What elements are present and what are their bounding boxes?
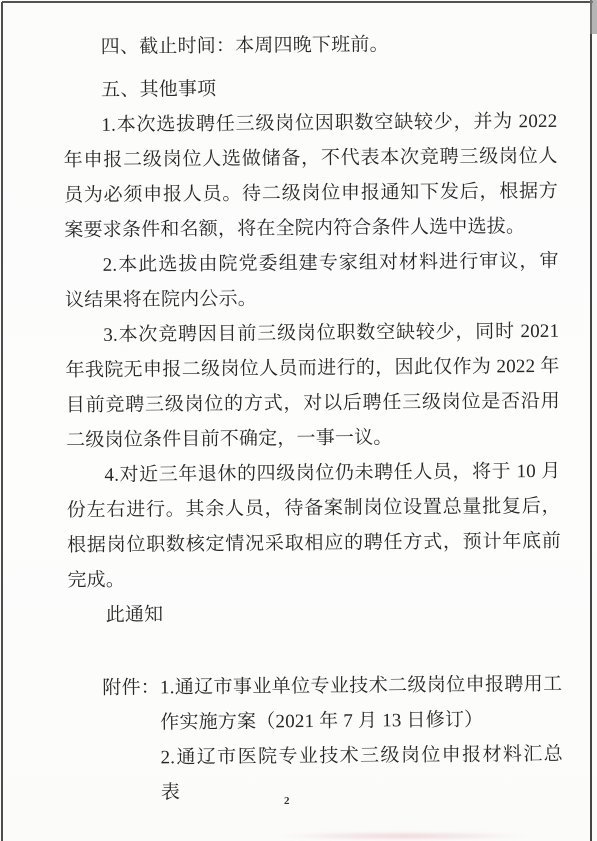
scan-edge-top xyxy=(2,1,593,3)
closing-line: 此通知 xyxy=(68,594,562,633)
attachment-item-2-line-2: 表 xyxy=(161,772,564,811)
attachment-item-1-line-2: 作实施方案（2021 年 7 月 13 日修订） xyxy=(160,702,563,741)
body-paragraph-3: 3.本次竞聘因目前三级岗位职数空缺较少，同时 2021 年我院无申报二级岗位人员… xyxy=(65,314,560,458)
scan-edge-right xyxy=(590,0,592,841)
section-heading-deadline: 四、截止时间：本周四晚下班前。 xyxy=(63,26,557,65)
body-paragraph-4: 4.对近三年退休的四级岗位仍未聘任人员，将于 10 月份左右进行。其余人员，待备… xyxy=(66,454,561,598)
scan-pink-smudge xyxy=(278,832,528,840)
attachment-item-2-line-1: 2.通辽市医院专业技术三级岗位申报材料汇总 xyxy=(160,737,563,776)
attachments-label: 附件： xyxy=(102,670,161,810)
body-paragraph-2: 2.本此选拔由院党委组建专家组对材料进行审议，审议结果将在院内公示。 xyxy=(65,244,560,318)
scanned-document-page: 四、截止时间：本周四晚下班前。 五、其他事项 1.本次选拔聘任三级岗位因职数空缺… xyxy=(0,0,597,841)
attachments-list: 1.通辽市事业单位专业技术二级岗位申报聘用工 作实施方案（2021 年 7 月 … xyxy=(160,667,564,811)
scan-corner-smudge xyxy=(590,0,597,34)
body-paragraph-1: 1.本次选拔聘任三级岗位因职数空缺较少，并为 2022 年申报二级岗位人选做储备… xyxy=(63,104,558,248)
document-body: 四、截止时间：本周四晚下班前。 五、其他事项 1.本次选拔聘任三级岗位因职数空缺… xyxy=(63,26,564,811)
section-heading-other-matters: 五、其他事项 xyxy=(63,69,557,108)
attachment-item-1-line-1: 1.通辽市事业单位专业技术二级岗位申报聘用工 xyxy=(160,667,563,706)
attachments-block: 附件： 1.通辽市事业单位专业技术二级岗位申报聘用工 作实施方案（2021 年 … xyxy=(68,667,563,811)
scan-edge-left xyxy=(1,2,3,841)
page-number: 2 xyxy=(284,795,290,807)
